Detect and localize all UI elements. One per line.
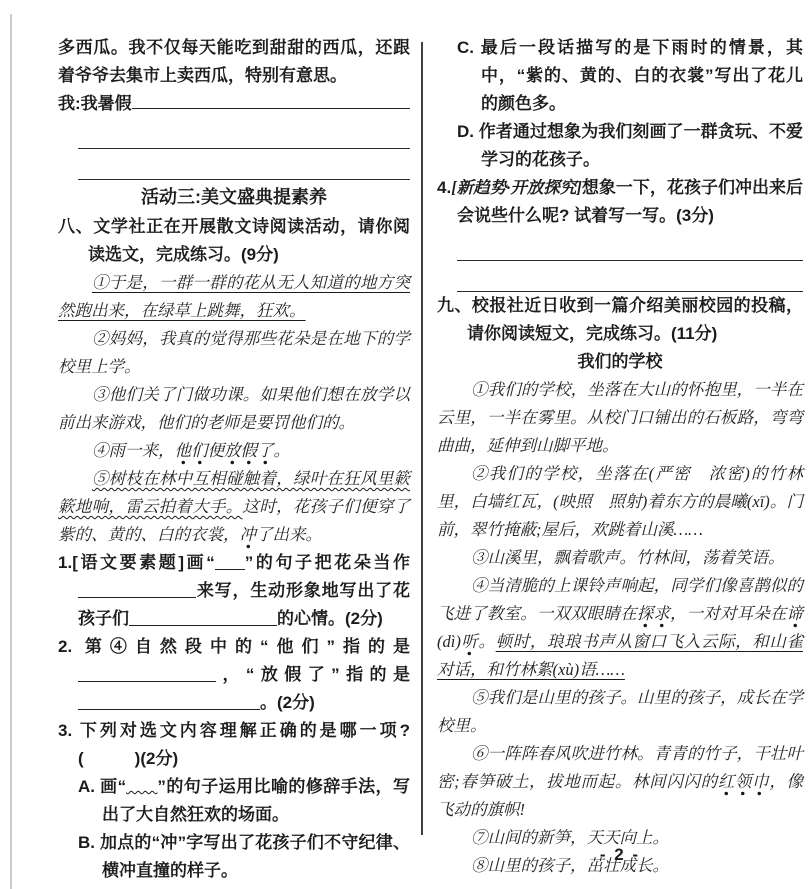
- text-segment: ①于是，一群一群的花从无人知道的地方突然跑出来，在绿草上跳舞，狂欢。: [58, 273, 410, 320]
- page-number: - 2 -: [437, 845, 803, 865]
- option-a: A. 画“～～”的句子运用比喻的修辞手法，写出了大自然狂欢的场面。: [78, 773, 410, 829]
- text-segment: ～～: [126, 777, 157, 796]
- section-heading: 活动三:美文盛典提素养: [58, 183, 410, 211]
- answer-rule: [78, 149, 410, 180]
- fill-in-line: 我:我暑假: [58, 90, 410, 118]
- text-segment: ①我们的学校，坐落在大山的怀抱里，一半在云里，一半在雾里。从校门口铺出的石板路，…: [437, 380, 803, 455]
- question-3: 3. 下列对选文内容理解正确的是哪一项?( )(2分): [58, 717, 410, 773]
- text-segment: ④雨一来，: [92, 441, 175, 460]
- text-segment: 了出来。: [256, 525, 322, 544]
- text-segment: ②我们的学校，坐落在(严密 浓密)的竹林里，白墙红瓦，(映照 照射)着东方的晨曦…: [437, 464, 803, 539]
- text-segment: 便: [208, 441, 225, 460]
- text-segment: 。(2分): [260, 693, 315, 712]
- essay-paragraph-4: ④当清脆的上课铃声响起，同学们像喜鹊似的飞进了教室。一双双眼睛在探求，一对对耳朵…: [437, 572, 803, 684]
- option-b: B. 加点的“冲”字写出了花孩子们不守纪律、横冲直撞的样子。: [78, 829, 410, 885]
- question-nine-stem: 九、校报社近日收到一篇介绍美丽校园的投稿，请你阅读短文，完成练习。(11分): [437, 292, 803, 348]
- text-segment: 。: [274, 441, 291, 460]
- answer-rule: [457, 261, 803, 292]
- text-segment: 我:我暑假: [58, 90, 132, 118]
- passage-paragraph-2: ②妈妈，我真的觉得那些花朵是在地下的学校里上学。: [58, 325, 410, 381]
- text-segment: ②妈妈，我真的觉得那些花朵是在地下的学校里上学。: [58, 329, 410, 376]
- text-segment: 九、校报社近日收到一篇介绍美丽校园的投稿，请你阅读短文，完成练习。(11分): [437, 296, 803, 343]
- answer-blank: [129, 610, 277, 626]
- text-segment: D. 作者通过想象为我们刻画了一群贪玩、不爱学习的花孩子。: [457, 122, 803, 169]
- text-segment: ⑤我们是山里的孩子。山里的孩子，成长在学校里。: [437, 688, 803, 735]
- passage-paragraph-4: ④雨一来，他们便放假了。: [58, 437, 410, 465]
- text-segment: 冲: [240, 525, 257, 549]
- text-segment: 。: [479, 632, 496, 651]
- answer-rule: [457, 230, 803, 261]
- worksheet-page: 多西瓜。我不仅每天能吃到甜甜的西瓜，还跟着爷爷去集市上卖西瓜，特别有意思。我:我…: [0, 0, 809, 889]
- column-divider-line: [421, 42, 423, 835]
- text-segment: 放假了: [224, 441, 274, 465]
- essay-paragraph-5: ⑤我们是山里的孩子。山里的孩子，成长在学校里。: [437, 684, 803, 740]
- text-segment: 八、文学社正在开展散文诗阅读活动，请你阅读选文，完成练习。(9分): [58, 217, 410, 264]
- text-segment: 探求: [637, 604, 670, 628]
- answer-blank: [78, 582, 196, 598]
- essay-paragraph-3: ③山溪里，飘着歌声。竹林间，荡着笑语。: [437, 544, 803, 572]
- intro-paragraph: 多西瓜。我不仅每天能吃到甜甜的西瓜，还跟着爷爷去集市上卖西瓜，特别有意思。: [58, 34, 410, 90]
- text-segment: 我们的学校: [578, 352, 663, 371]
- text-segment: ③他们关了门做功课。如果他们想在放学以前出来游戏，他们的老师是要罚他们的。: [58, 385, 410, 432]
- text-segment: 3. 下列对选文内容理解正确的是哪一项?( )(2分): [58, 721, 410, 768]
- text-segment: ”的句子把花朵当作: [245, 553, 410, 572]
- right-column: C. 最后一段话描写的是下雨时的情景，其中，“紫的、黄的、白的衣裳”写出了花儿的…: [437, 34, 803, 880]
- text-segment: (dì): [437, 632, 461, 651]
- essay-paragraph-1: ①我们的学校，坐落在大山的怀抱里，一半在云里，一半在雾里。从校门口铺出的石板路，…: [437, 376, 803, 460]
- left-column: 多西瓜。我不仅每天能吃到甜甜的西瓜，还跟着爷爷去集市上卖西瓜，特别有意思。我:我…: [58, 34, 410, 885]
- passage-paragraph-3: ③他们关了门做功课。如果他们想在放学以前出来游戏，他们的老师是要罚他们的。: [58, 381, 410, 437]
- text-segment: ，一对对耳朵在: [670, 604, 787, 623]
- text-segment: B. 加点的“冲”字写出了花孩子们不守纪律、横冲直撞的样子。: [78, 833, 410, 880]
- text-segment: C. 最后一段话描写的是下雨时的情景，其中，“紫的、黄的、白的衣裳”写出了花儿的…: [457, 38, 803, 113]
- question-1: 1.[语文要素题]画“”的句子把花朵当作来写，生动形象地写出了花孩子们的心情。(…: [58, 549, 410, 633]
- answer-blank: [78, 666, 216, 682]
- text-segment: ③山溪里，飘着歌声。竹林间，荡着笑语。: [471, 548, 785, 567]
- essay-paragraph-6: ⑥一阵阵春风吹进竹林。青青的竹子，干壮叶密;春笋破土，拔地而起。林间闪闪的红领巾…: [437, 740, 803, 824]
- answer-blank: [215, 554, 245, 570]
- text-segment: 2. 第④自然段中的“他们”指的是: [58, 637, 410, 656]
- text-segment: 4.: [437, 178, 451, 197]
- text-segment: 听: [461, 632, 479, 656]
- essay-paragraph-2: ②我们的学校，坐落在(严密 浓密)的竹林里，白墙红瓦，(映照 照射)着东方的晨曦…: [437, 460, 803, 544]
- text-segment: 的心情。(2分): [277, 609, 383, 628]
- option-d: D. 作者通过想象为我们刻画了一群贪玩、不爱学习的花孩子。: [457, 118, 803, 174]
- text-segment: 红领巾: [718, 772, 770, 796]
- text-segment: [新趋势·开放探究]: [451, 178, 582, 197]
- answer-rule: [78, 118, 410, 149]
- question-eight-stem: 八、文学社正在开展散文诗阅读活动，请你阅读选文，完成练习。(9分): [58, 213, 410, 269]
- scan-edge-line: [10, 14, 12, 889]
- text-segment: 多西瓜。我不仅每天能吃到甜甜的西瓜，还跟着爷爷去集市上卖西瓜，特别有意思。: [58, 38, 410, 85]
- text-segment: 他们: [175, 441, 208, 465]
- text-segment: 谛: [787, 604, 804, 628]
- text-segment: A. 画“: [78, 777, 126, 796]
- passage-paragraph-1: ①于是，一群一群的花从无人知道的地方突然跑出来，在绿草上跳舞，狂欢。: [58, 269, 410, 325]
- text-segment: 1.: [58, 553, 72, 572]
- text-segment: ，“放假了”指的是: [216, 665, 410, 684]
- option-c: C. 最后一段话描写的是下雨时的情景，其中，“紫的、黄的、白的衣裳”写出了花儿的…: [457, 34, 803, 118]
- question-2: 2. 第④自然段中的“他们”指的是，“放假了”指的是。(2分): [58, 633, 410, 717]
- passage-paragraph-5: ⑤树枝在林中互相碰触着，绿叶在狂风里簌簌地响，雷云拍着大手。这时，花孩子们便穿了…: [58, 465, 410, 549]
- question-4: 4.[新趋势·开放探究]想象一下，花孩子们冲出来后会说些什么呢? 试着写一写。(…: [437, 174, 803, 230]
- answer-blank: [132, 93, 410, 109]
- essay-title: 我们的学校: [437, 348, 803, 376]
- text-segment: [语文要素题]画“: [72, 553, 215, 572]
- text-segment: 活动三:美文盛典提素养: [141, 187, 327, 207]
- answer-blank: [78, 694, 260, 710]
